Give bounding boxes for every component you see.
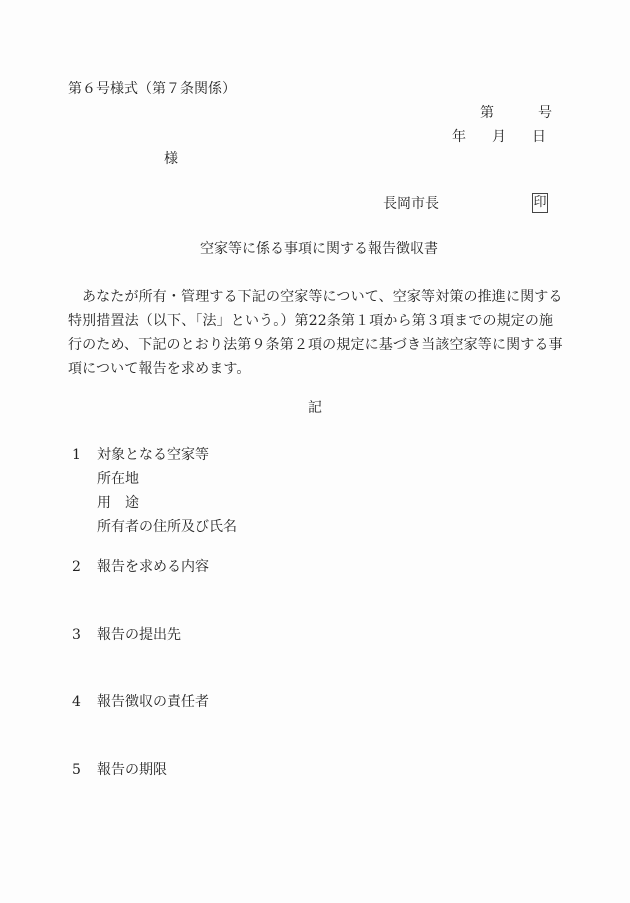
date-month: 月 (492, 129, 506, 145)
form-label: 第６号様式（第７条関係） (68, 80, 236, 98)
subitem-owner: 所有者の住所及び氏名 (97, 518, 237, 536)
item-label: 対象となる空家等 (97, 447, 209, 463)
seal-stamp: 印 (532, 193, 548, 213)
item-label: 報告の提出先 (97, 627, 181, 643)
item-label: 報告徴収の責任者 (97, 694, 209, 710)
body-paragraph: あなたが所有・管理する下記の空家等について、空家等対策の推進に関する特別措置法（… (68, 285, 564, 381)
document-number: 第号 (480, 104, 552, 122)
item-2: 2報告を求める内容 (72, 558, 209, 576)
date-year: 年 (452, 129, 466, 145)
item-number: 2 (72, 558, 97, 576)
item-3: 3報告の提出先 (72, 626, 181, 644)
document-number-prefix: 第 (480, 105, 494, 121)
addressee: 様 (164, 150, 178, 168)
item-4: 4報告徴収の責任者 (72, 693, 209, 711)
item-label: 報告を求める内容 (97, 559, 209, 575)
item-number: 3 (72, 626, 97, 644)
date-day: 日 (532, 129, 546, 145)
document-date: 年月日 (452, 128, 546, 146)
ki-heading: 記 (308, 399, 322, 417)
subitem-location: 所在地 (97, 470, 139, 488)
item-number: 1 (72, 446, 97, 464)
item-number: 5 (72, 761, 97, 779)
subitem-usage: 用 途 (97, 494, 139, 512)
document-title: 空家等に係る事項に関する報告徴収書 (200, 240, 438, 258)
document-number-suffix: 号 (538, 105, 552, 121)
item-label: 報告の期限 (97, 762, 167, 778)
item-1: 1対象となる空家等 (72, 446, 209, 464)
sender: 長岡市長 (383, 195, 439, 213)
item-5: 5報告の期限 (72, 761, 167, 779)
item-number: 4 (72, 693, 97, 711)
